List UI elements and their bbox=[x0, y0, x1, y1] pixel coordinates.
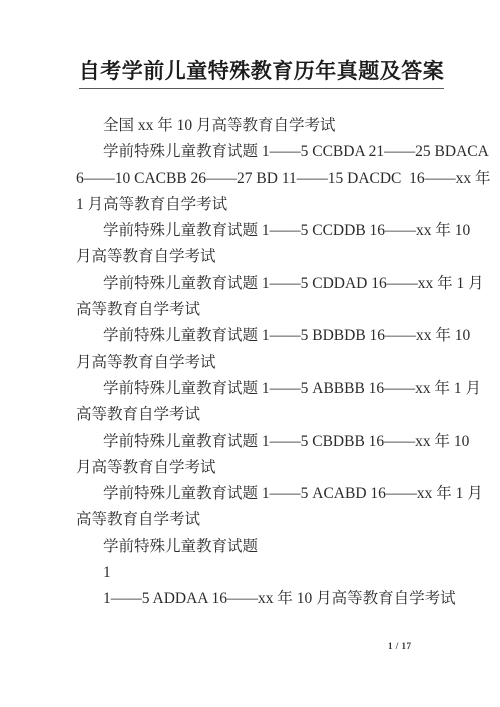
text-line: 学前特殊儿童教育试题 1——5 CCDDB 16——xx 年 10 bbox=[76, 218, 447, 244]
text-line: 高等教育自学考试 bbox=[76, 507, 447, 533]
text-line: 1 bbox=[76, 560, 447, 586]
text-line: 高等教育自学考试 bbox=[76, 402, 447, 428]
text-line: 学前特殊儿童教育试题 1——5 CDDAD 16——xx 年 1 月 bbox=[76, 271, 447, 297]
text-line: 学前特殊儿童教育试题 1——5 ABBBB 16——xx 年 1 月 bbox=[76, 376, 447, 402]
document-body: 全国 xx 年 10 月高等教育自学考试学前特殊儿童教育试题 1——5 CCBD… bbox=[76, 113, 447, 613]
text-line: 月高等教育自学考试 bbox=[76, 244, 447, 270]
document-title-text: 自考学前儿童特殊教育历年真题及答案 bbox=[79, 56, 445, 89]
page-number: 1 / 17 bbox=[388, 640, 412, 652]
page-footer: 1 / 17 bbox=[0, 640, 500, 654]
text-line: 6——10 CACBB 26——27 BD 11——15 DACDC 16——x… bbox=[76, 166, 447, 192]
text-line: 高等教育自学考试 bbox=[76, 297, 447, 323]
document-page: 自考学前儿童特殊教育历年真题及答案 全国 xx 年 10 月高等教育自学考试学前… bbox=[0, 0, 500, 707]
text-line: 学前特殊儿童教育试题 1——5 CCBDA 21——25 BDACA bbox=[76, 139, 447, 165]
text-line: 学前特殊儿童教育试题 bbox=[76, 534, 447, 560]
text-line: 学前特殊儿童教育试题 1——5 BDBDB 16——xx 年 10 bbox=[76, 323, 447, 349]
text-line: 全国 xx 年 10 月高等教育自学考试 bbox=[76, 113, 447, 139]
text-line: 月高等教育自学考试 bbox=[76, 455, 447, 481]
text-line: 1 月高等教育自学考试 bbox=[76, 192, 447, 218]
text-line: 学前特殊儿童教育试题 1——5 ACABD 16——xx 年 1 月 bbox=[76, 481, 447, 507]
text-line: 学前特殊儿童教育试题 1——5 CBDBB 16——xx 年 10 bbox=[76, 429, 447, 455]
text-line: 月高等教育自学考试 bbox=[76, 350, 447, 376]
text-line: 1——5 ADDAA 16——xx 年 10 月高等教育自学考试 bbox=[76, 586, 447, 612]
document-title: 自考学前儿童特殊教育历年真题及答案 bbox=[76, 56, 447, 89]
